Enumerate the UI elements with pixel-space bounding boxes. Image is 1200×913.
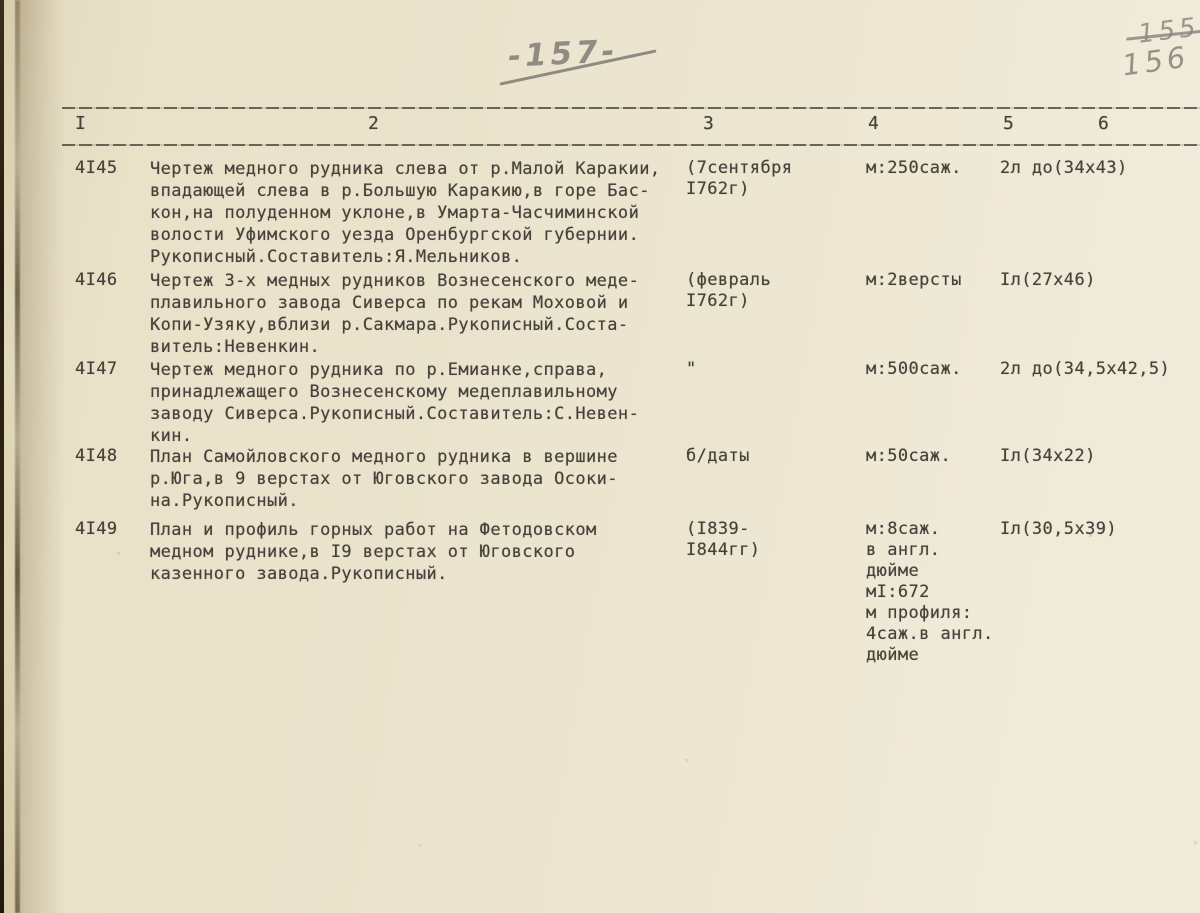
paper-speckles xyxy=(0,0,1,1)
entry-number: 4I45 xyxy=(75,158,145,179)
entry-sheets-size: 2л до(34х43) xyxy=(1000,158,1195,179)
entry-number: 4I47 xyxy=(75,359,145,380)
entry-description: План Самойловского медного рудника в вер… xyxy=(150,446,675,512)
entry-date: (I839- I844гг) xyxy=(686,519,851,561)
entry-date: б/даты xyxy=(686,446,851,467)
binding-shadow xyxy=(20,0,65,913)
table-header-rule-top xyxy=(62,107,1200,109)
entry-description: Чертеж 3-х медных рудников Вознесенского… xyxy=(150,270,675,358)
entry-number: 4I49 xyxy=(75,519,145,540)
entry-sheets-size: Iл(30,5х39) xyxy=(1000,519,1195,540)
column-header-4: 4 xyxy=(868,113,879,134)
column-header-6: 6 xyxy=(1098,113,1109,134)
scanned-archive-page: -157- 155 156 I 2 3 4 5 6 4I45 Чертеж ме… xyxy=(0,0,1200,913)
entry-scale-notes: м:8саж. в англ. дюйме мI:672 м профиля: … xyxy=(866,519,998,666)
underlying-page-edge xyxy=(4,0,15,913)
entry-scale: м:2версты xyxy=(866,270,998,291)
entry-scale: м:500саж. xyxy=(866,359,998,380)
entry-date: (7сентября I762г) xyxy=(686,158,851,200)
entry-description: План и профиль горных работ на Фетодовск… xyxy=(150,519,675,585)
column-header-3: 3 xyxy=(703,113,714,134)
column-header-1: I xyxy=(75,113,86,134)
entry-sheets-size: Iл(34х22) xyxy=(1000,446,1195,467)
entry-scale: м:50саж. xyxy=(866,446,998,467)
entry-date: (февраль I762г) xyxy=(686,270,851,312)
entry-description: Чертеж медного рудника слева от р.Малой … xyxy=(150,158,675,268)
table-header-rule-bottom xyxy=(62,144,1200,146)
column-header-2: 2 xyxy=(368,113,379,134)
entry-sheets-size: Iл(27х46) xyxy=(1000,270,1195,291)
entry-number: 4I46 xyxy=(75,270,145,291)
handwritten-page-number-new: 156 xyxy=(1120,39,1191,82)
column-header-5: 5 xyxy=(1003,113,1014,134)
entry-sheets-size: 2л до(34,5х42,5) xyxy=(1000,359,1195,380)
entry-number: 4I48 xyxy=(75,446,145,467)
entry-date-ditto: " xyxy=(686,359,851,380)
entry-scale: м:250саж. xyxy=(866,158,998,179)
entry-description: Чертеж медного рудника по р.Емианке,спра… xyxy=(150,359,675,447)
